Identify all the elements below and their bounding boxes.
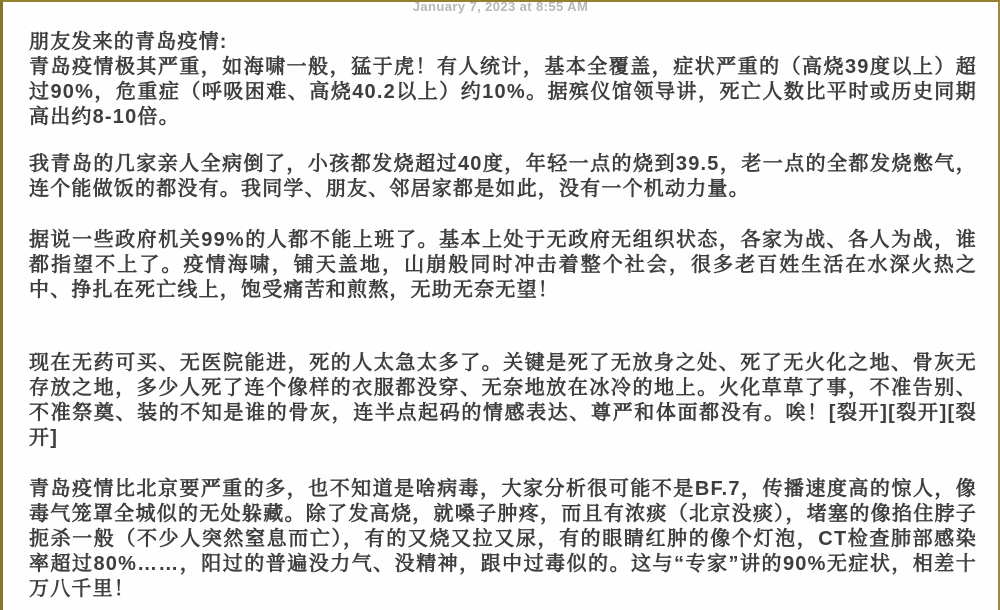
message-paragraph: 现在无药可买、无医院能进，死的人太急太多了。关键是死了无放身之处、死了无火化之地… <box>29 351 977 451</box>
message-body: 朋友发来的青岛疫情: 青岛疫情极其严重，如海啸一般，猛于虎！有人统计，基本全覆盖… <box>29 30 977 602</box>
message-paragraph: 据说一些政府机关99%的人都不能上班了。基本上处于无政府无组织状态，各家为战、各… <box>29 228 977 303</box>
message-paragraph: 青岛疫情比北京要严重的多，也不知道是啥病毒，大家分析很可能不是BF.7，传播速度… <box>29 477 977 602</box>
message-title-line: 朋友发来的青岛疫情: <box>29 30 977 55</box>
message-paragraph: 青岛疫情极其严重，如海啸一般，猛于虎！有人统计，基本全覆盖，症状严重的（高烧39… <box>29 55 977 130</box>
message-timestamp: January 7, 2023 at 8:55 AM <box>3 0 998 15</box>
screenshot-frame: January 7, 2023 at 8:55 AM 朋友发来的青岛疫情: 青岛… <box>0 0 1000 610</box>
message-paragraph: 我青岛的几家亲人全病倒了，小孩都发烧超过40度，年轻一点的烧到39.5，老一点的… <box>29 152 977 202</box>
